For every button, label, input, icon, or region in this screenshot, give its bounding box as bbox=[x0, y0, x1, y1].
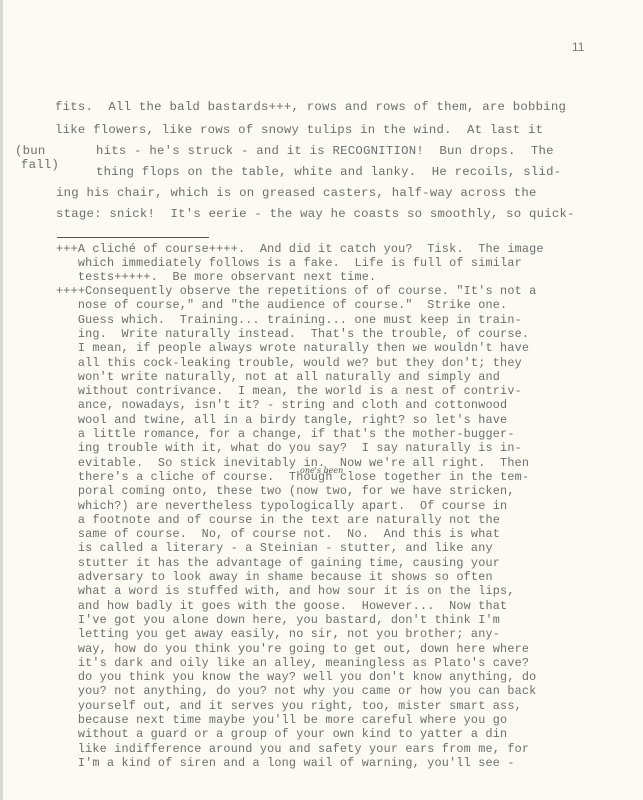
footnote-line: I'm a kind of siren and a long wail of w… bbox=[56, 756, 515, 770]
footnote-line: poral coming onto, these two (now two, f… bbox=[56, 484, 515, 498]
footnote-line: way, how do you think you're going to ge… bbox=[56, 642, 529, 656]
footnote-line: and how badly it goes with the goose. Ho… bbox=[56, 599, 507, 613]
margin-note-line-1: (bun bbox=[15, 144, 46, 158]
footnote-line: tests+++++. Be more observant next time. bbox=[56, 270, 376, 284]
footnote-line: without contrivance. I mean, the world i… bbox=[56, 384, 522, 398]
footnote-line: ing. Write naturally instead. That's the… bbox=[56, 327, 529, 341]
body-line: like flowers, like rows of snowy tulips … bbox=[55, 123, 543, 137]
footnote-line: letting you get away easily, no sir, not… bbox=[56, 627, 500, 641]
body-line: ing his chair, which is on greased caste… bbox=[56, 186, 537, 200]
footnote-line: won't write naturally, not at all natura… bbox=[56, 370, 500, 384]
footnote-line: without a guard or a group of your own k… bbox=[56, 727, 507, 741]
footnote-line: it's dark and oily like an alley, meanin… bbox=[56, 656, 529, 670]
footnote-line: because next time maybe you'll be more c… bbox=[56, 713, 507, 727]
footnote-line: a little romance, for a change, if that'… bbox=[56, 427, 515, 441]
footnote-line: ++++Consequently observe the repetitions… bbox=[56, 284, 536, 298]
footnote-line: adversary to look away in shame because … bbox=[56, 570, 493, 584]
footnote-line: stutter it has the advantage of gaining … bbox=[56, 556, 500, 570]
body-line: hits - he's struck - and it is RECOGNITI… bbox=[96, 144, 554, 158]
body-line: fits. All the bald bastards+++, rows and… bbox=[55, 100, 566, 114]
footnote-line: there's a cliche of course. Though close… bbox=[56, 470, 529, 484]
footnote-line: same of course. No, of course not. No. A… bbox=[56, 527, 500, 541]
body-line: stage: snick! It's eerie - the way he co… bbox=[56, 207, 575, 221]
footnote-line: which?) are nevertheless typologically a… bbox=[56, 499, 507, 513]
footnote-line: is called a literary - a Steinian - stut… bbox=[56, 541, 493, 555]
footnote-line: which immediately follows is a fake. Lif… bbox=[56, 256, 522, 270]
footnote-line: nose of course," and "the audience of co… bbox=[56, 298, 507, 312]
footnote-line: I mean, if people always wrote naturally… bbox=[56, 341, 529, 355]
footnote-line: all this cock-leaking trouble, would we?… bbox=[56, 356, 522, 370]
footnote-line: what a word is stuffed with, and how sou… bbox=[56, 584, 515, 598]
footnote-line: a footnote and of course in the text are… bbox=[56, 513, 500, 527]
footnote-line: ing trouble with it, what do you say? I … bbox=[56, 441, 522, 455]
page-number: 11 bbox=[572, 40, 584, 54]
footnote-line: ance, nowadays, isn't it? - string and c… bbox=[56, 398, 507, 412]
page-left-edge bbox=[0, 0, 3, 800]
footnote-line: you? not anything, do you? not why you c… bbox=[56, 684, 536, 698]
body-line: thing flops on the table, white and lank… bbox=[96, 165, 561, 179]
footnote-line: I've got you alone down here, you bastar… bbox=[56, 613, 500, 627]
footnote-separator bbox=[57, 237, 209, 238]
footnote-line: wool and twine, all in a birdy tangle, r… bbox=[56, 413, 507, 427]
footnote-line: evitable. So stick inevitably in. Now we… bbox=[56, 456, 529, 470]
footnote-line: do you think you know the way? well you … bbox=[56, 670, 536, 684]
footnote-line: like indifference around you and safety … bbox=[56, 742, 529, 756]
footnote-line: yourself out, and it serves you right, t… bbox=[56, 699, 522, 713]
footnote-line: Guess which. Training... training... one… bbox=[56, 313, 522, 327]
footnote-line: +++A cliché of course++++. And did it ca… bbox=[56, 242, 544, 256]
handwritten-correction: one's been bbox=[300, 466, 343, 475]
margin-note-line-2: fall) bbox=[21, 158, 59, 172]
